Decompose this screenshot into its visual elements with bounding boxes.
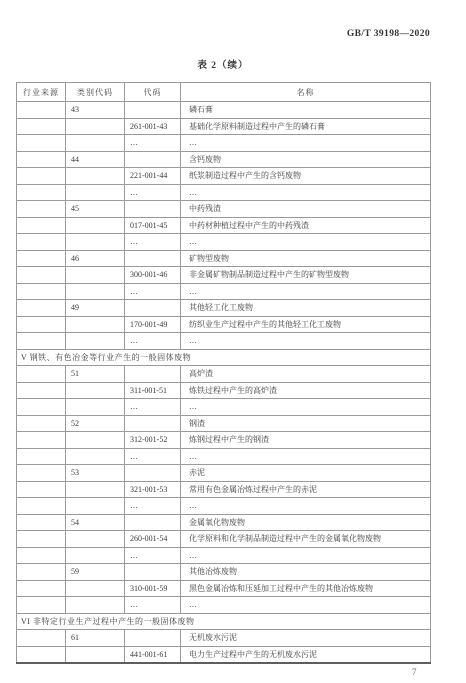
- industry-source-cell: [17, 135, 66, 152]
- industry-source-cell: [17, 184, 66, 201]
- table-body: 43磷石膏261-001-43基础化学原料制造过程中产生的磷石膏……44含钙废物…: [17, 102, 431, 664]
- column-header-code: 代码: [125, 83, 181, 102]
- page-number: 7: [412, 667, 417, 677]
- name-cell: 黑色金属冶炼和压延加工过程中产生的其他冶炼废物: [181, 580, 431, 597]
- name-cell: 其他冶炼废物: [181, 564, 431, 581]
- category-code-cell: 61: [66, 630, 125, 647]
- code-cell: [125, 151, 181, 168]
- table-row: ……: [17, 333, 431, 350]
- code-cell: [125, 465, 181, 482]
- name-cell: 钢渣: [181, 415, 431, 432]
- category-code-cell: 46: [66, 250, 125, 267]
- table-row: ……: [17, 184, 431, 201]
- table-row: 312-001-52炼钢过程中产生的钢渣: [17, 432, 431, 449]
- table-row: 45中药残渣: [17, 201, 431, 218]
- industry-source-cell: [17, 267, 66, 284]
- table-row: 51高炉渣: [17, 366, 431, 383]
- industry-source-cell: [17, 547, 66, 564]
- waste-classification-table: 行业来源 类别代码 代码 名称 43磷石膏261-001-43基础化学原料制造过…: [16, 82, 431, 664]
- name-cell: 其他轻工化工废物: [181, 300, 431, 317]
- name-cell: 纺织业生产过程中产生的其他轻工化工废物: [181, 316, 431, 333]
- table-row: 017-001-45中药材种植过程中产生的中药残渣: [17, 217, 431, 234]
- category-code-cell: [66, 316, 125, 333]
- column-header-category-code: 类别代码: [66, 83, 125, 102]
- name-cell: 纸浆制造过程中产生的含钙废物: [181, 168, 431, 185]
- code-cell: …: [125, 498, 181, 515]
- code-cell: …: [125, 399, 181, 416]
- table-row: 260-001-54化学原料和化学制品制造过程中产生的金属氧化物废物: [17, 531, 431, 548]
- table-row: ……: [17, 399, 431, 416]
- table-row: ……: [17, 547, 431, 564]
- industry-source-cell: [17, 151, 66, 168]
- table-row: 170-001-49纺织业生产过程中产生的其他轻工化工废物: [17, 316, 431, 333]
- name-cell: 化学原料和化学制品制造过程中产生的金属氧化物废物: [181, 531, 431, 548]
- category-code-cell: [66, 267, 125, 284]
- code-cell: [125, 630, 181, 647]
- name-cell: …: [181, 184, 431, 201]
- category-code-cell: [66, 118, 125, 135]
- table-row: 44含钙废物: [17, 151, 431, 168]
- table-row: 49其他轻工化工废物: [17, 300, 431, 317]
- industry-source-cell: [17, 415, 66, 432]
- table-row: 53赤泥: [17, 465, 431, 482]
- industry-source-cell: [17, 382, 66, 399]
- code-cell: [125, 415, 181, 432]
- industry-source-cell: [17, 531, 66, 548]
- category-code-cell: 43: [66, 102, 125, 119]
- category-code-cell: [66, 432, 125, 449]
- table-row: 300-001-46非金属矿物制品制造过程中产生的矿物型废物: [17, 267, 431, 284]
- code-cell: …: [125, 234, 181, 251]
- section-label: V 钢铁、有色冶金等行业产生的一般固体废物: [17, 349, 431, 366]
- category-code-cell: 49: [66, 300, 125, 317]
- code-cell: [125, 514, 181, 531]
- name-cell: 非金属矿物制品制造过程中产生的矿物型废物: [181, 267, 431, 284]
- category-code-cell: [66, 168, 125, 185]
- category-code-cell: [66, 283, 125, 300]
- table-row: ……: [17, 597, 431, 614]
- code-cell: …: [125, 283, 181, 300]
- code-cell: 221-001-44: [125, 168, 181, 185]
- code-cell: 261-001-43: [125, 118, 181, 135]
- code-cell: [125, 250, 181, 267]
- name-cell: 矿物型废物: [181, 250, 431, 267]
- industry-source-cell: [17, 168, 66, 185]
- table-row: 221-001-44纸浆制造过程中产生的含钙废物: [17, 168, 431, 185]
- table-row: ……: [17, 135, 431, 152]
- category-code-cell: [66, 481, 125, 498]
- name-cell: 磷石膏: [181, 102, 431, 119]
- name-cell: …: [181, 234, 431, 251]
- code-cell: …: [125, 333, 181, 350]
- table-row: 261-001-43基础化学原料制造过程中产生的磷石膏: [17, 118, 431, 135]
- code-cell: [125, 201, 181, 218]
- category-code-cell: 54: [66, 514, 125, 531]
- industry-source-cell: [17, 564, 66, 581]
- name-cell: …: [181, 399, 431, 416]
- industry-source-cell: [17, 514, 66, 531]
- code-cell: …: [125, 135, 181, 152]
- name-cell: 高炉渣: [181, 366, 431, 383]
- name-cell: …: [181, 597, 431, 614]
- name-cell: 含钙废物: [181, 151, 431, 168]
- code-cell: 441-001-61: [125, 646, 181, 663]
- code-cell: [125, 564, 181, 581]
- code-cell: 311-001-51: [125, 382, 181, 399]
- industry-source-cell: [17, 498, 66, 515]
- doc-number: GB/T 39198—2020: [347, 29, 430, 39]
- name-cell: …: [181, 283, 431, 300]
- code-cell: …: [125, 547, 181, 564]
- category-code-cell: [66, 234, 125, 251]
- table-row: 311-001-51炼铁过程中产生的高炉渣: [17, 382, 431, 399]
- category-code-cell: 45: [66, 201, 125, 218]
- name-cell: 电力生产过程中产生的无机废水污泥: [181, 646, 431, 663]
- column-header-name: 名称: [181, 83, 431, 102]
- name-cell: …: [181, 333, 431, 350]
- code-cell: …: [125, 597, 181, 614]
- industry-source-cell: [17, 283, 66, 300]
- category-code-cell: 44: [66, 151, 125, 168]
- industry-source-cell: [17, 250, 66, 267]
- name-cell: …: [181, 547, 431, 564]
- category-code-cell: [66, 597, 125, 614]
- category-code-cell: [66, 547, 125, 564]
- code-cell: 312-001-52: [125, 432, 181, 449]
- category-code-cell: [66, 646, 125, 663]
- category-code-cell: 51: [66, 366, 125, 383]
- category-code-cell: [66, 531, 125, 548]
- code-cell: …: [125, 184, 181, 201]
- name-cell: 中药材种植过程中产生的中药残渣: [181, 217, 431, 234]
- code-cell: 310-001-59: [125, 580, 181, 597]
- name-cell: …: [181, 135, 431, 152]
- table-row: 46矿物型废物: [17, 250, 431, 267]
- category-code-cell: [66, 448, 125, 465]
- table-row: 61无机废水污泥: [17, 630, 431, 647]
- code-cell: 300-001-46: [125, 267, 181, 284]
- name-cell: 赤泥: [181, 465, 431, 482]
- name-cell: …: [181, 448, 431, 465]
- code-cell: [125, 300, 181, 317]
- category-code-cell: [66, 333, 125, 350]
- table-row: 43磷石膏: [17, 102, 431, 119]
- document-page: GB/T 39198—2020 表 2（续） 行业来源 类别代码 代码 名称 4…: [0, 0, 466, 683]
- category-code-cell: [66, 217, 125, 234]
- table-row: 321-001-53常用有色金属冶炼过程中产生的赤泥: [17, 481, 431, 498]
- code-cell: 321-001-53: [125, 481, 181, 498]
- category-code-cell: [66, 399, 125, 416]
- table-row: 441-001-61电力生产过程中产生的无机废水污泥: [17, 646, 431, 663]
- industry-source-cell: [17, 448, 66, 465]
- section-label: VI 非特定行业生产过程中产生的一般固体废物: [17, 613, 431, 630]
- name-cell: 无机废水污泥: [181, 630, 431, 647]
- table-title: 表 2（续）: [0, 57, 446, 71]
- name-cell: 基础化学原料制造过程中产生的磷石膏: [181, 118, 431, 135]
- industry-source-cell: [17, 217, 66, 234]
- industry-source-cell: [17, 366, 66, 383]
- code-cell: 260-001-54: [125, 531, 181, 548]
- category-code-cell: 53: [66, 465, 125, 482]
- table-row: 59其他冶炼废物: [17, 564, 431, 581]
- industry-source-cell: [17, 432, 66, 449]
- code-cell: [125, 102, 181, 119]
- industry-source-cell: [17, 630, 66, 647]
- table-row: ……: [17, 498, 431, 515]
- name-cell: 炼钢过程中产生的钢渣: [181, 432, 431, 449]
- industry-source-cell: [17, 201, 66, 218]
- industry-source-cell: [17, 481, 66, 498]
- table-row: ……: [17, 234, 431, 251]
- code-cell: 170-001-49: [125, 316, 181, 333]
- code-cell: …: [125, 448, 181, 465]
- table-row: ……: [17, 283, 431, 300]
- code-cell: 017-001-45: [125, 217, 181, 234]
- name-cell: 炼铁过程中产生的高炉渣: [181, 382, 431, 399]
- industry-source-cell: [17, 597, 66, 614]
- industry-source-cell: [17, 465, 66, 482]
- industry-source-cell: [17, 300, 66, 317]
- code-cell: [125, 366, 181, 383]
- industry-source-cell: [17, 333, 66, 350]
- category-code-cell: [66, 184, 125, 201]
- table-row: 310-001-59黑色金属冶炼和压延加工过程中产生的其他冶炼废物: [17, 580, 431, 597]
- industry-source-cell: [17, 399, 66, 416]
- name-cell: 常用有色金属冶炼过程中产生的赤泥: [181, 481, 431, 498]
- name-cell: 中药残渣: [181, 201, 431, 218]
- table-row: 54金属氧化物废物: [17, 514, 431, 531]
- name-cell: 金属氧化物废物: [181, 514, 431, 531]
- header-row: 行业来源 类别代码 代码 名称: [17, 83, 431, 102]
- name-cell: …: [181, 498, 431, 515]
- section-row: V 钢铁、有色冶金等行业产生的一般固体废物: [17, 349, 431, 366]
- industry-source-cell: [17, 118, 66, 135]
- industry-source-cell: [17, 234, 66, 251]
- industry-source-cell: [17, 316, 66, 333]
- table-row: ……: [17, 448, 431, 465]
- category-code-cell: 59: [66, 564, 125, 581]
- category-code-cell: [66, 498, 125, 515]
- category-code-cell: [66, 580, 125, 597]
- column-header-industry-source: 行业来源: [17, 83, 66, 102]
- table-row: 52钢渣: [17, 415, 431, 432]
- section-row: VI 非特定行业生产过程中产生的一般固体废物: [17, 613, 431, 630]
- category-code-cell: [66, 382, 125, 399]
- category-code-cell: [66, 135, 125, 152]
- category-code-cell: 52: [66, 415, 125, 432]
- industry-source-cell: [17, 580, 66, 597]
- table-header: 行业来源 类别代码 代码 名称: [17, 83, 431, 102]
- industry-source-cell: [17, 646, 66, 663]
- industry-source-cell: [17, 102, 66, 119]
